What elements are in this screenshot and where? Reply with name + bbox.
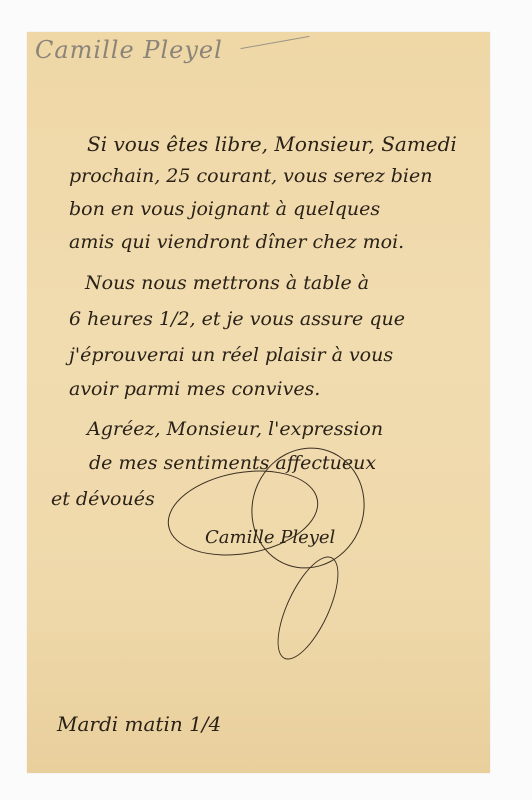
letter-line: prochain, 25 courant, vous serez bien — [69, 165, 432, 187]
letter-line: Agréez, Monsieur, l'expression — [87, 418, 383, 440]
letter-line: bon en vous joignant à quelques — [69, 198, 380, 220]
letter-paper: Camille Pleyel Si vous êtes libre, Monsi… — [27, 32, 490, 773]
letter-line: Si vous êtes libre, Monsieur, Samedi — [87, 132, 457, 156]
letter-line: avoir parmi mes convives. — [69, 378, 320, 400]
letter-line: amis qui viendront dîner chez moi. — [69, 231, 404, 253]
letter-line: Nous nous mettrons à table à — [85, 272, 369, 294]
letter-line: j'éprouverai un réel plaisir à vous — [69, 344, 393, 366]
signature: Camille Pleyel — [205, 527, 335, 548]
letter-line: et dévoués — [51, 488, 155, 510]
pencil-annotation: Camille Pleyel — [35, 36, 223, 64]
letter-line: 6 heures 1/2, et je vous assure que — [69, 308, 405, 330]
dateline: Mardi matin 1/4 — [57, 712, 221, 736]
pencil-stroke — [240, 36, 309, 49]
